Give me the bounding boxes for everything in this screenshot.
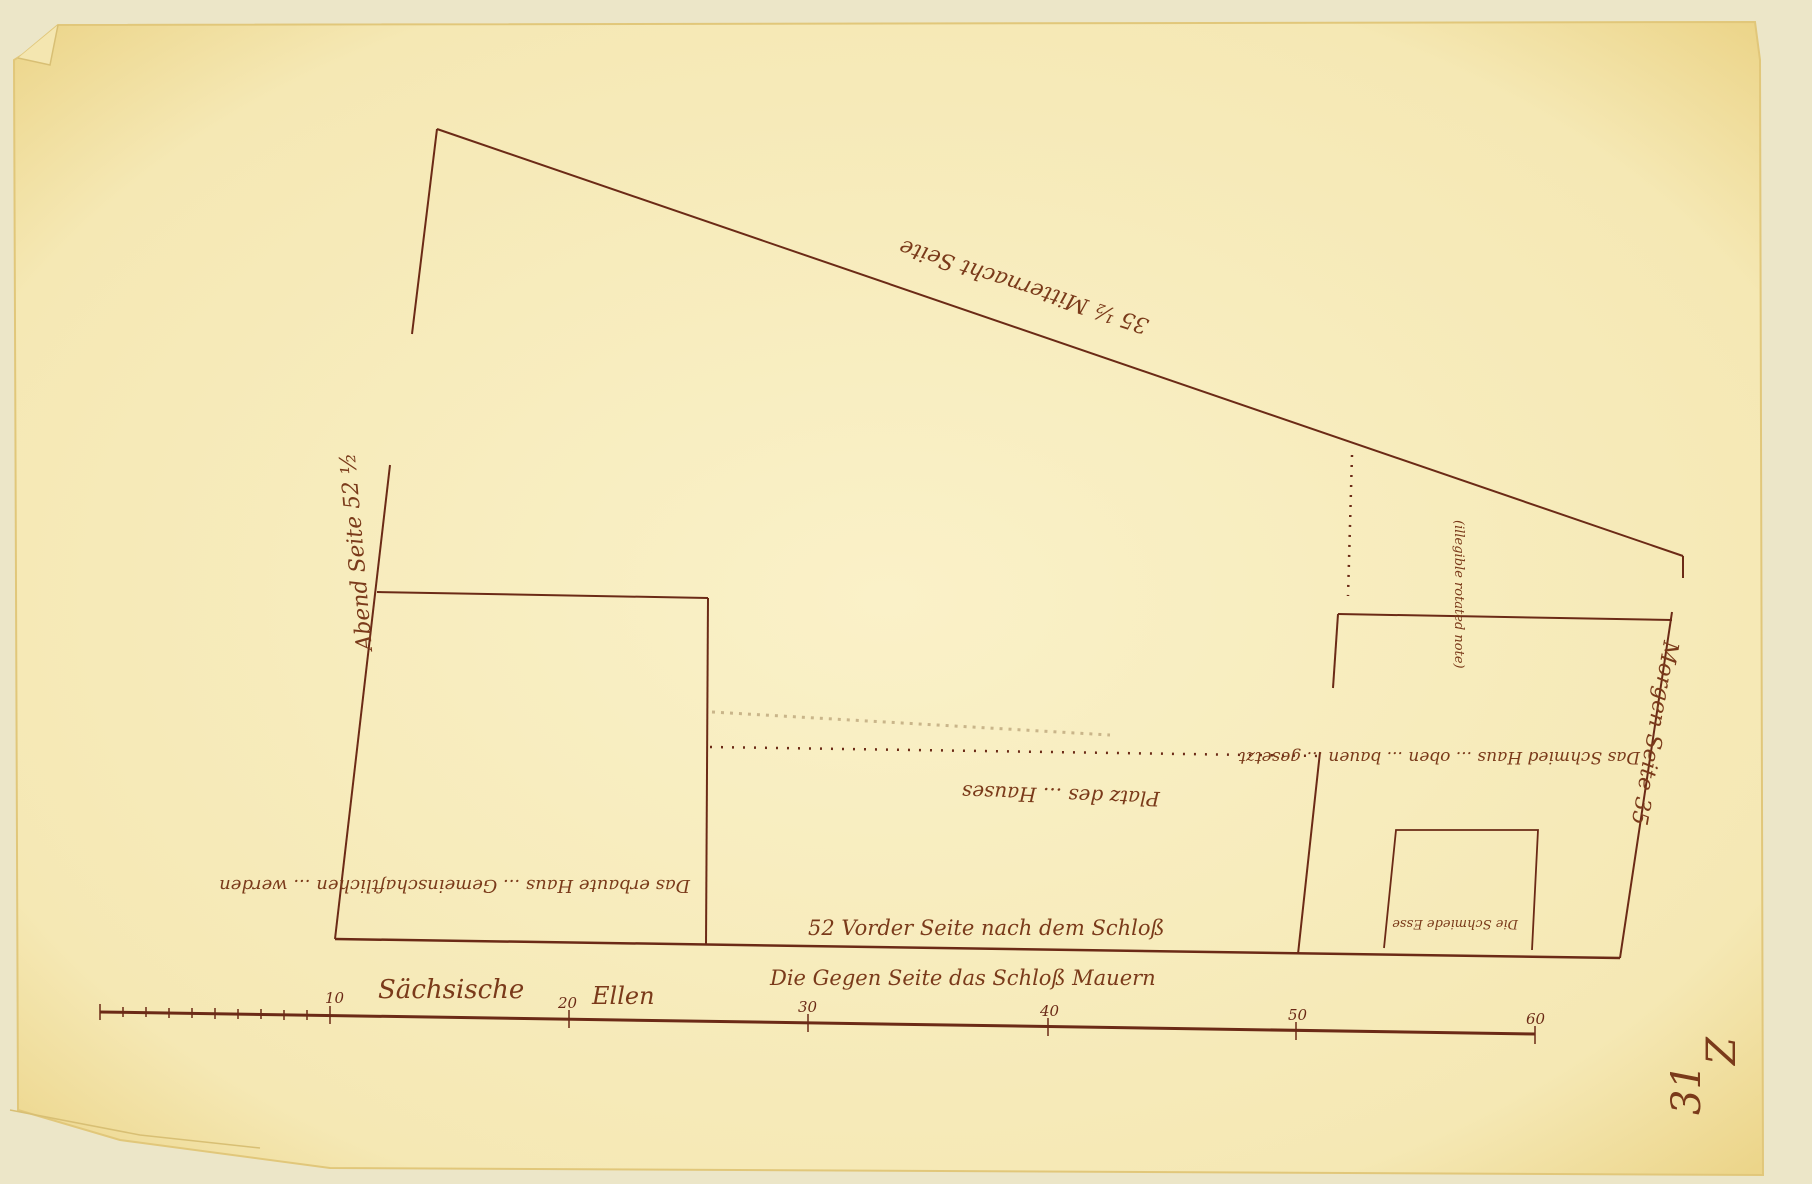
paper-sheet [14, 22, 1763, 1175]
label-right-building: Das Schmied Haus ... oben ... bauen ... … [1239, 747, 1641, 767]
scale-tick-10: 10 [325, 989, 345, 1007]
label-small-building: Die Schmiede Esse [1392, 916, 1519, 931]
scale-tick-20: 20 [557, 994, 578, 1012]
label-opposite-side: Die Gegen Seite das Schloß Mauern [769, 966, 1156, 990]
label-front-side: 52 Vorder Seite nach dem Schloß [808, 916, 1165, 940]
archive-number: 31 [1664, 1064, 1710, 1115]
scale-tick-60: 60 [1526, 1010, 1546, 1028]
scale-tick-50: 50 [1288, 1006, 1308, 1024]
scale-unit: Ellen [591, 982, 655, 1010]
archive-initial: Z [1699, 1036, 1745, 1067]
scale-tick-40: 40 [1039, 1002, 1060, 1020]
label-left-building: Das erbaute Haus ... Gemeinschaftlichen … [219, 875, 691, 896]
scale-title: Sächsische [378, 975, 524, 1005]
label-upper-right-note: (illegible rotated note) [1451, 520, 1466, 669]
scale-tick-30: 30 [798, 998, 818, 1016]
plan-drawing: 35 ½ Mitternacht Seite Abend Seite 52 ½ … [0, 0, 1812, 1184]
